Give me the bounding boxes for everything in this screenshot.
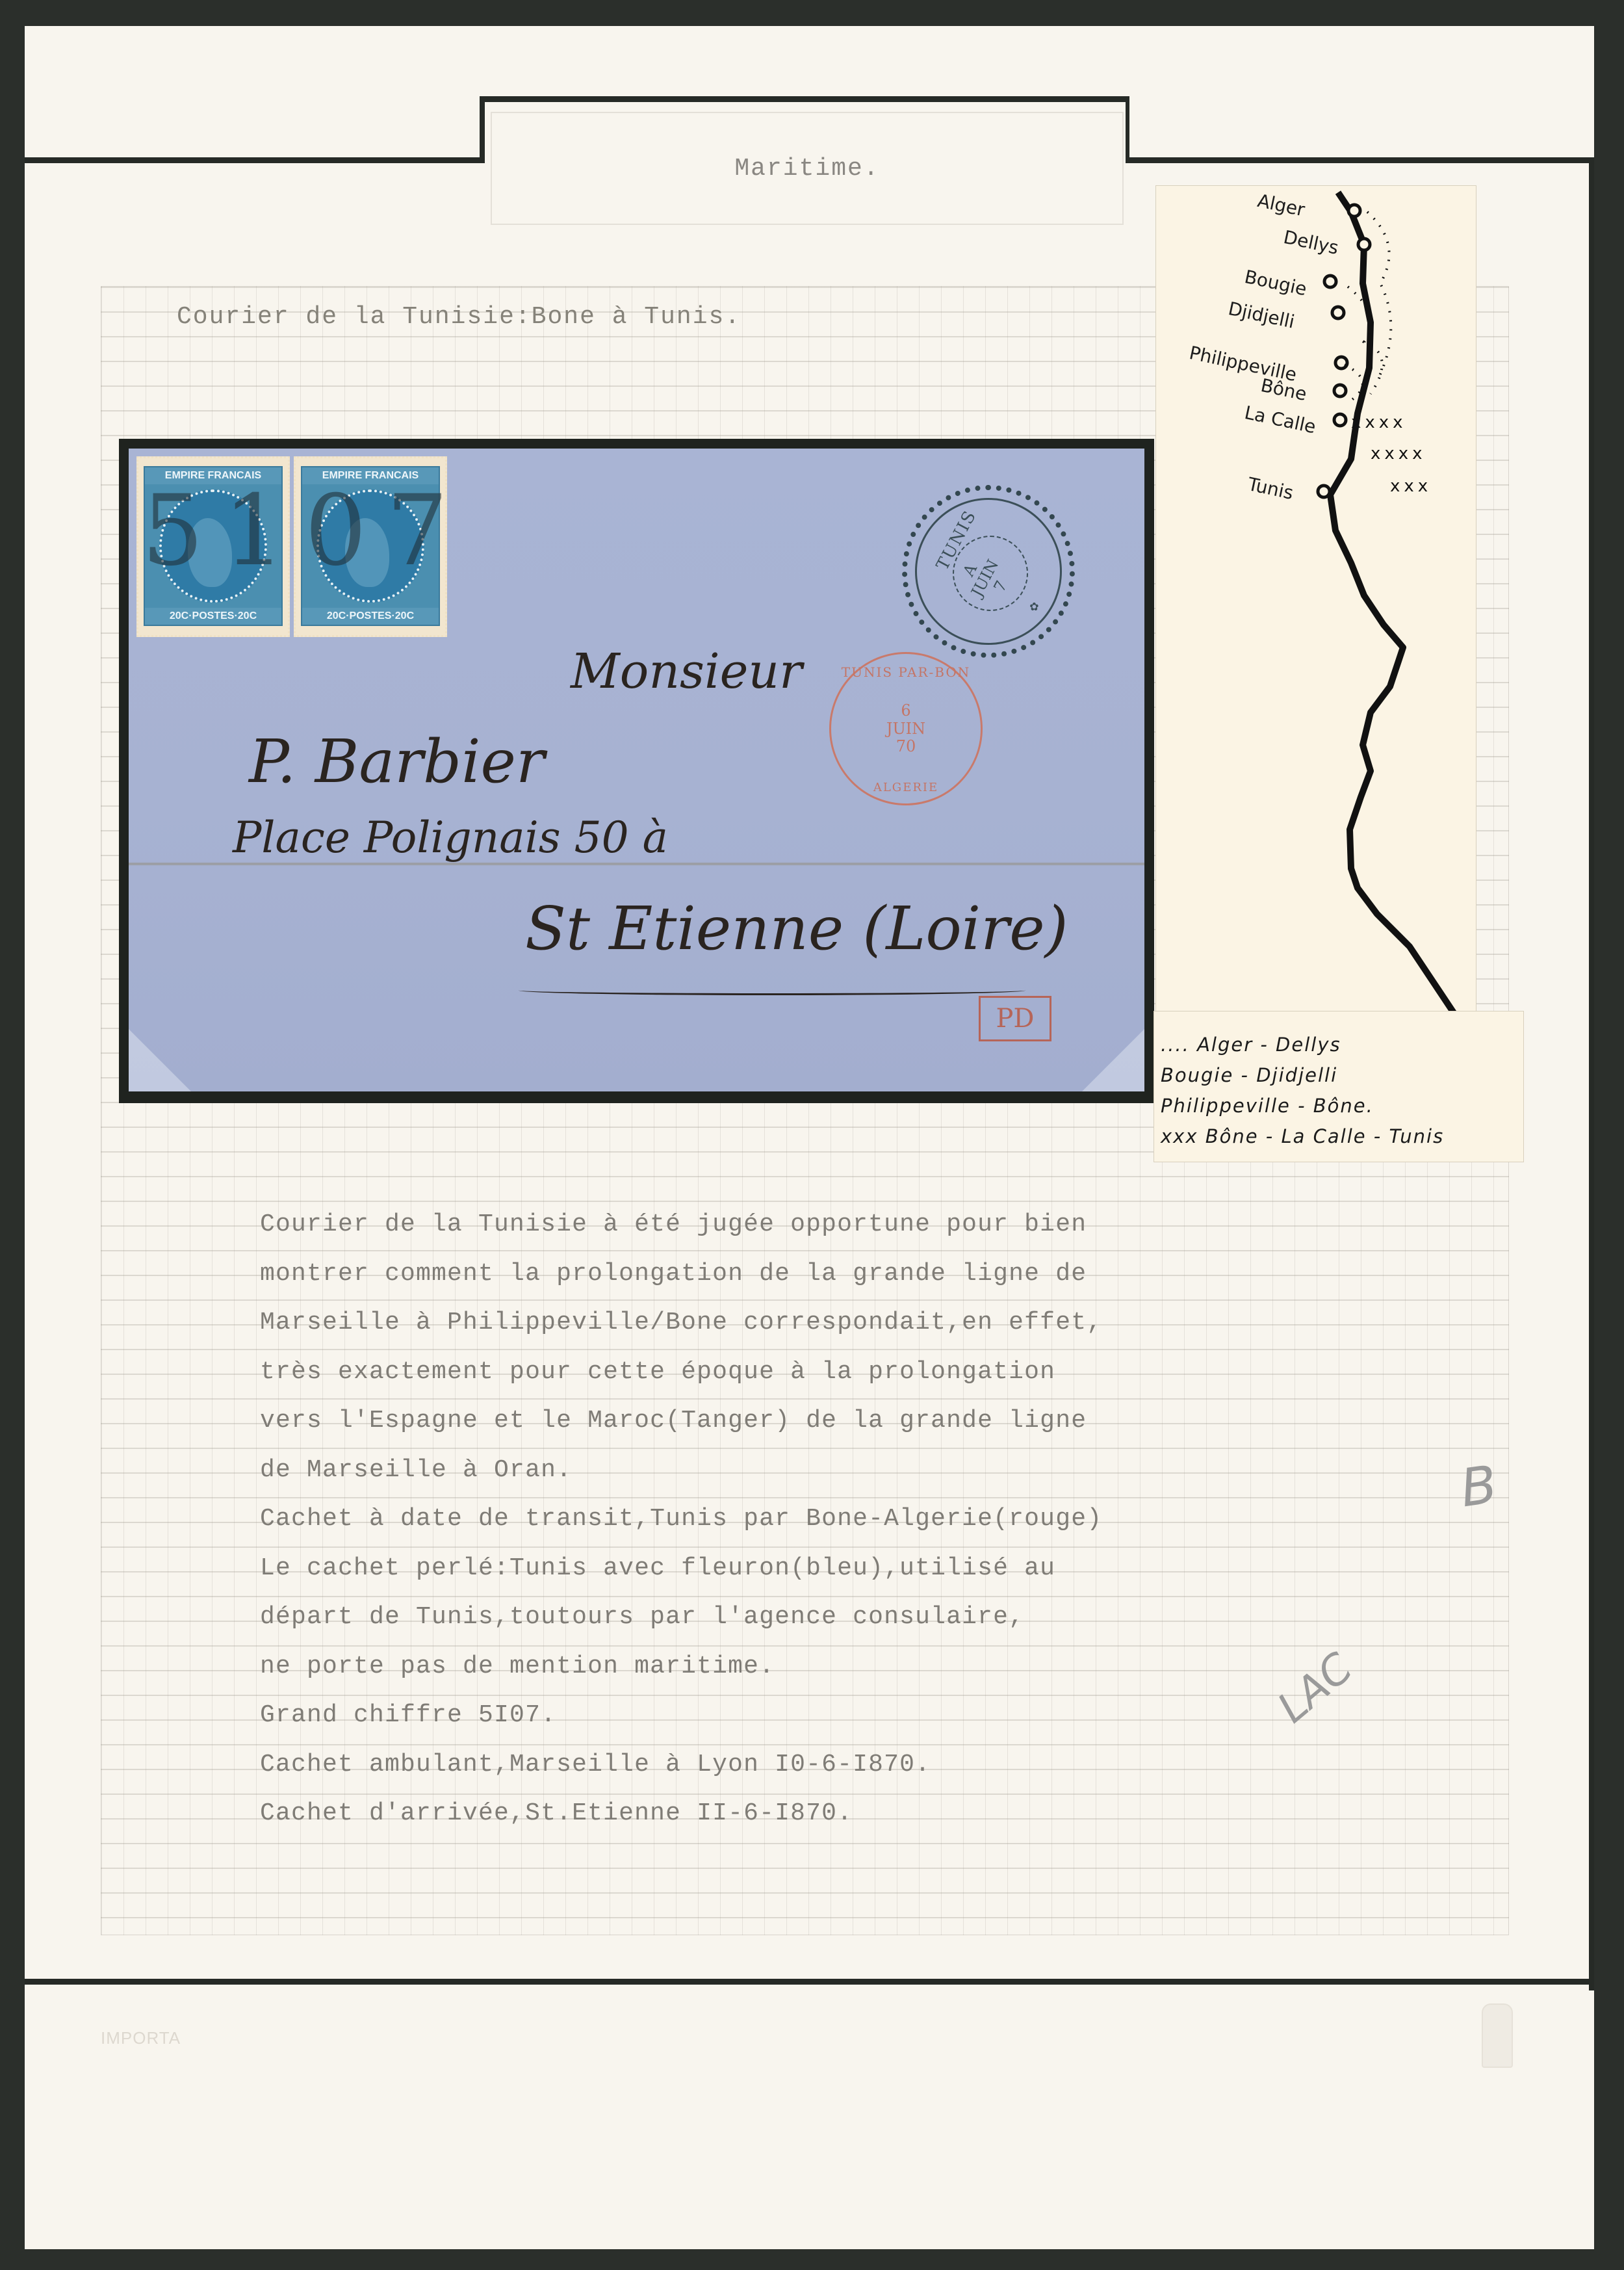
tunis-pearl-cachet: TUNIS A JUIN 7 ✿ xyxy=(902,485,1075,658)
maker-imprint: IMPORTA xyxy=(101,2028,181,2048)
description-line: Courier de la Tunisie à été jugée opport… xyxy=(260,1200,1102,1249)
description-line: vers l'Espagne et le Maroc(Tanger) de la… xyxy=(260,1396,1102,1446)
description-line: Cachet à date de transit,Tunis par Bone-… xyxy=(260,1494,1102,1544)
address-street: Place Polignais 50 à xyxy=(233,813,668,863)
frame-right xyxy=(1589,157,1594,1990)
description-line: Cachet ambulant,Marseille à Lyon I0-6-I8… xyxy=(260,1740,1102,1790)
description-text: Courier de la Tunisie à été jugée opport… xyxy=(260,1200,1102,1838)
corner-mount xyxy=(1082,1029,1144,1091)
legend-line: .... Alger - Dellys xyxy=(1161,1030,1523,1060)
legend-line: xxx Bône - La Calle - Tunis xyxy=(1161,1121,1523,1152)
postal-cover: EMPIRE FRANCAIS 20C·POSTES·20C EMPIRE FR… xyxy=(129,449,1144,1091)
grand-chiffre-obliteration: 5107 xyxy=(142,475,415,631)
page-title: Maritime. xyxy=(734,155,879,183)
description-line: Cachet d'arrivée,St.Etienne II-6-I870. xyxy=(260,1789,1102,1838)
fleuron-icon: ✿ xyxy=(1030,598,1038,615)
corner-mount xyxy=(129,1029,191,1091)
frame-top-left xyxy=(25,157,485,163)
description-line: Grand chiffre 5I07. xyxy=(260,1691,1102,1740)
description-line: très exactement pour cette époque à la p… xyxy=(260,1348,1102,1397)
description-line: ne porte pas de mention maritime. xyxy=(260,1642,1102,1691)
frame-tab-right xyxy=(1126,96,1129,163)
frame-top-right xyxy=(1126,157,1594,163)
description-line: montrer comment la prolongation de la gr… xyxy=(260,1249,1102,1299)
page-title-box: Maritime. xyxy=(491,112,1124,225)
svg-text:xxx: xxx xyxy=(1390,476,1432,496)
description-line: départ de Tunis,toutours par l'agence co… xyxy=(260,1593,1102,1642)
description-line: de Marseille à Oran. xyxy=(260,1446,1102,1495)
transit-cachet-red: TUNIS PAR-BON 6 JUIN 70 ALGERIE xyxy=(829,652,983,805)
coastline-map-icon: xxxx xxxx xxx xyxy=(1156,186,1476,1015)
address-salutation: Monsieur xyxy=(571,644,802,699)
description-line: Marseille à Philippeville/Bone correspon… xyxy=(260,1298,1102,1348)
legend-line: Bougie - Djidjelli xyxy=(1161,1060,1523,1091)
description-line: Le cachet perlé:Tunis avec fleuron(bleu)… xyxy=(260,1544,1102,1593)
route-map: xxxx xxxx xxx Alger Dellys Bougie Djidje… xyxy=(1155,185,1476,1015)
frame-bottom xyxy=(25,1979,1594,1985)
frame-tab-top xyxy=(480,96,1129,102)
cover-mount: EMPIRE FRANCAIS 20C·POSTES·20C EMPIRE FR… xyxy=(119,439,1154,1103)
svg-text:xxxx: xxxx xyxy=(1351,413,1407,432)
section-subtitle: Courier de la Tunisie:Bone à Tunis. xyxy=(177,303,741,331)
address-name: P. Barbier xyxy=(249,727,545,796)
legend-line: Philippeville - Bône. xyxy=(1161,1091,1523,1121)
address-flourish xyxy=(519,985,1025,995)
pd-mark: PD xyxy=(979,996,1051,1041)
svg-text:xxxx: xxxx xyxy=(1371,444,1426,463)
maker-logo-icon xyxy=(1482,2003,1513,2068)
frame-tab-left xyxy=(480,96,485,163)
map-legend: .... Alger - Dellys Bougie - Djidjelli P… xyxy=(1154,1011,1524,1162)
address-city: St Etienne (Loire) xyxy=(525,894,1068,963)
